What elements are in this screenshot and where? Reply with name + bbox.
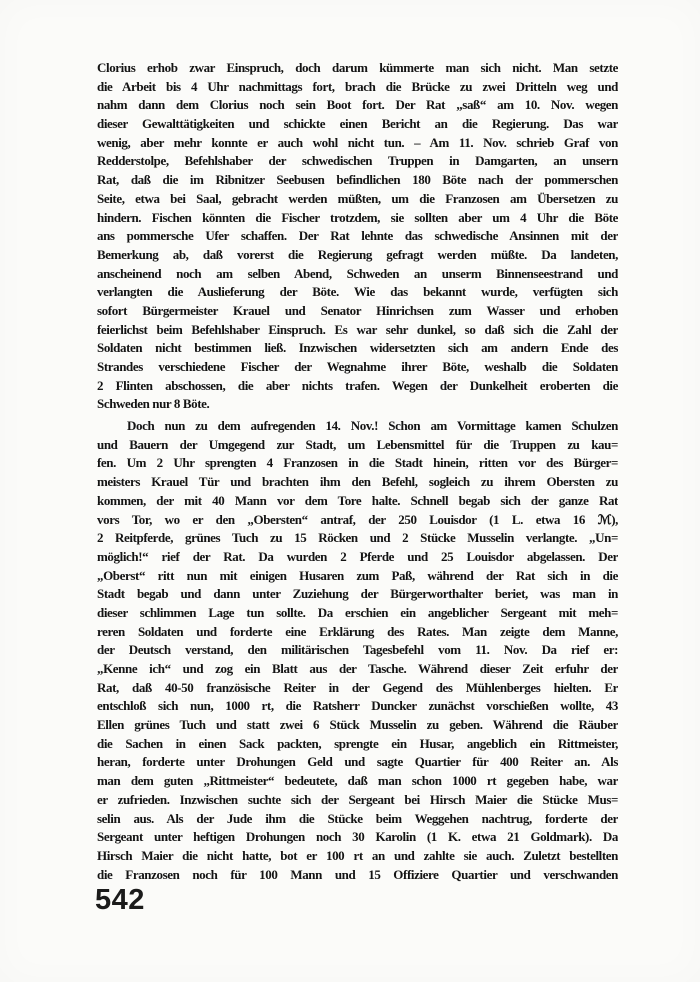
text-line: Ellen grünes Tuch und statt zwei 6 Stück…	[97, 716, 618, 735]
book-page: Clorius erhob zwar Einspruch, doch darum…	[0, 0, 700, 982]
text-line: 2 Flinten abschossen, die aber nichts tr…	[97, 377, 618, 396]
text-line: Sergeant unter heftigen Drohungen noch 3…	[97, 828, 618, 847]
body-text: Clorius erhob zwar Einspruch, doch darum…	[97, 59, 618, 884]
text-line: Soldaten nicht bestimmen ließ. Inzwische…	[97, 339, 618, 358]
text-line: man dem guten „Rittmeister“ bedeutete, d…	[97, 772, 618, 791]
page-number: 542	[95, 884, 145, 917]
text-line: die Arbeit bis 4 Uhr nachmittags fort, b…	[97, 78, 618, 97]
text-line: anscheinend noch am selben Abend, Schwed…	[97, 265, 618, 284]
text-line: der Deutsch verstand, den militärischen …	[97, 641, 618, 660]
text-line: Rat, daß die im Ribnitzer Seebusen befin…	[97, 171, 618, 190]
text-line: Rat, daß 40-50 französische Reiter in de…	[97, 679, 618, 698]
text-line: wenig, aber mehr konnte er auch wohl nic…	[97, 134, 618, 153]
text-line: hindern. Fischen könnten die Fischer tro…	[97, 209, 618, 228]
text-line: feierlichst beim Befehlshaber Einspruch.…	[97, 321, 618, 340]
paragraph: Clorius erhob zwar Einspruch, doch darum…	[97, 59, 618, 414]
text-line: Doch nun zu dem aufregenden 14. Nov.! Sc…	[97, 417, 618, 436]
text-line: Clorius erhob zwar Einspruch, doch darum…	[97, 59, 618, 78]
text-line: Schweden nur 8 Böte.	[97, 395, 618, 414]
text-line: Strandes verschiedene Fischer der Wegnah…	[97, 358, 618, 377]
text-line: Hirsch Maier die nicht hatte, bot er 100…	[97, 847, 618, 866]
text-line: „Oberst“ ritt nun mit einigen Husaren zu…	[97, 567, 618, 586]
text-line: reren Soldaten und forderte eine Erkläru…	[97, 623, 618, 642]
text-line: dieser Gewalttätigkeiten und schickte ei…	[97, 115, 618, 134]
text-line: selin aus. Als der Jude ihm die Stücke b…	[97, 810, 618, 829]
text-line: ans pommersche Ufer schaffen. Der Rat le…	[97, 227, 618, 246]
text-line: Stadt begab und dann unter Zuziehung der…	[97, 585, 618, 604]
text-line: er zufrieden. Inzwischen suchte sich der…	[97, 791, 618, 810]
text-line: die Sachen in einen Sack packten, spreng…	[97, 735, 618, 754]
text-line: sofort Bürgermeister Krauel und Senator …	[97, 302, 618, 321]
text-line: 2 Reitpferde, grünes Tuch zu 15 Röcken u…	[97, 529, 618, 548]
text-line: fen. Um 2 Uhr sprengten 4 Franzosen in d…	[97, 454, 618, 473]
text-line: die Franzosen noch für 100 Mann und 15 O…	[97, 866, 618, 885]
text-line: entschloß sich nun, 1000 rt, die Ratsher…	[97, 697, 618, 716]
text-line: nahm dann dem Clorius noch sein Boot for…	[97, 96, 618, 115]
text-line: „Kenne ich“ und zog ein Blatt aus der Ta…	[97, 660, 618, 679]
text-line: vors Tor, wo er den „Obersten“ antraf, d…	[97, 511, 618, 530]
paragraph: Doch nun zu dem aufregenden 14. Nov.! Sc…	[97, 417, 618, 884]
text-line: meisters Krauel Tür und brachten ihm den…	[97, 473, 618, 492]
text-line: und Bauern der Umgegend zur Stadt, um Le…	[97, 436, 618, 455]
text-line: Bemerkung ab, daß vorerst die Regierung …	[97, 246, 618, 265]
text-line: verlangten die Auslieferung der Böte. Wi…	[97, 283, 618, 302]
text-line: Seite, etwa bei Saal, gebracht werden mü…	[97, 190, 618, 209]
text-line: heran, forderte unter Drohungen Geld und…	[97, 753, 618, 772]
text-line: Redderstolpe, Befehlshaber der schwedisc…	[97, 152, 618, 171]
text-line: dieser schlimmen Lage tun sollte. Da ers…	[97, 604, 618, 623]
text-line: kommen, der mit 40 Mann vor dem Tore hal…	[97, 492, 618, 511]
text-line: möglich!“ rief der Rat. Da wurden 2 Pfer…	[97, 548, 618, 567]
